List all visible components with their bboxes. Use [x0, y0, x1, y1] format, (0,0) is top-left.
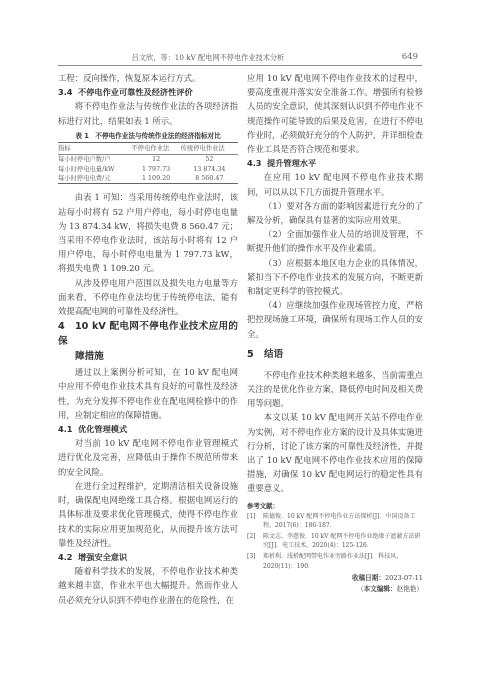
table-cell: 1 109.20 — [132, 174, 181, 184]
section-number: 4.2 — [58, 550, 78, 564]
references-heading: 参考文献： — [247, 500, 423, 512]
table-cell: 52 — [181, 155, 238, 165]
section-heading-5: 5结语 — [247, 347, 423, 362]
section-title: 优化管理模式 — [78, 424, 127, 434]
reference-item: [2] 陈文志，李慈俊．10 kV 配网不停电作业绝缘子遮蔽方法研究[J]．电工… — [247, 532, 423, 551]
list-item: （4）应继续加强作业现场管控力度，严格把控现场施工环境，确保所有现场工作人员的安… — [247, 298, 423, 341]
document-page: 吕文欣，等：10 kV 配电网不停电作业技术分析 649 工程：反向操作，恢复原… — [0, 0, 480, 673]
running-head-title: 吕文欣，等：10 kV 配电网不停电作业技术分析 — [58, 52, 358, 63]
reference-text: 陈文志，李慈俊．10 kV 配网不停电作业绝缘子遮蔽方法研究[J]．电工技术，2… — [263, 532, 423, 551]
section-heading-3-4: 3.4不停电作业可靠性及经济性评价 — [58, 85, 238, 99]
list-item: （3）应根据本地区电力企业的具体情况，紧扣当下不停电作业技术的发展方向，不断更新… — [247, 256, 423, 299]
table-header: 指标 — [58, 142, 132, 154]
economic-indicator-table: 指标 不停电作业法 传统停电作业法 每小时停电户数/户 12 52 每小时停电电… — [58, 142, 238, 185]
table-row: 每小时停电电费/元 1 109.20 8 560.47 — [58, 174, 238, 184]
reference-item: [3] 郑析利．浅析配网带电作业旁路作业法[J]．科技风，2020(11)：19… — [247, 552, 423, 571]
section-number: 4.3 — [247, 156, 267, 170]
table-row: 每小时停电电量/kW 1 797.73 13 874.34 — [58, 165, 238, 174]
table-cell: 8 560.47 — [181, 174, 238, 184]
reference-item: [1] 陈德俊．10 kV 配网不停电作业方法探析[J]．中国设备工程，2017… — [247, 512, 423, 531]
left-column: 工程：反向操作，恢复原本运行方式。 3.4不停电作业可靠性及经济性评价 将不停电… — [58, 71, 238, 607]
section-title-line1: 10 kV 配电网不停电作业技术应用的保 — [58, 321, 238, 347]
list-item: （1）要对各方面的影响因素进行充分的了解及分析，确保具有显著的实际应用效果。 — [247, 199, 423, 227]
paragraph: 通过以上案例分析可知，在 10 kV 配电网中应用不停电作业技术具有良好的可靠性… — [58, 365, 238, 422]
section-title: 结语 — [264, 349, 283, 360]
section-heading-4-1: 4.1优化管理模式 — [58, 422, 238, 436]
section-number: 3.4 — [58, 85, 78, 99]
page-number: 649 — [402, 52, 418, 63]
running-head: 吕文欣，等：10 kV 配电网不停电作业技术分析 649 — [58, 52, 422, 66]
reference-text: 陈德俊．10 kV 配网不停电作业方法探析[J]．中国设备工程，2017(6)：… — [263, 512, 423, 531]
received-date-label: 收稿日期： — [352, 574, 385, 582]
right-column: 应用 10 kV 配电网不停电作业技术的过程中，要高度重视并落实安全准备工作。增… — [247, 71, 423, 595]
table-header-row: 指标 不停电作业法 传统停电作业法 — [58, 142, 238, 154]
section-heading-4-3: 4.3提升管理水平 — [247, 156, 423, 170]
table-cell: 12 — [132, 155, 181, 165]
editor-credit: （本文编辑：赵艳艳） — [247, 584, 423, 595]
paragraph: 工程：反向操作，恢复原本运行方式。 — [58, 71, 238, 85]
section-number: 4.1 — [58, 422, 78, 436]
table-row: 每小时停电户数/户 12 52 — [58, 155, 238, 165]
paragraph: 应用 10 kV 配电网不停电作业技术的过程中，要高度重视并落实安全准备工作。增… — [247, 71, 423, 156]
editor-label: 本文编辑： — [364, 585, 397, 593]
received-date: 收稿日期：2023-07-11 — [247, 573, 423, 584]
paragraph: 对当前 10 kV 配电网不停电作业管理模式进行优化及完善，应降低由于操作不规范… — [58, 436, 238, 479]
paragraph: 在进行全过程维护，定期清洁相关设备设施时，确保配电网绝缘工具合格。根据电网运行的… — [58, 479, 238, 550]
reference-list: [1] 陈德俊．10 kV 配网不停电作业方法探析[J]．中国设备工程，2017… — [247, 512, 423, 572]
reference-index: [3] — [247, 552, 263, 571]
table-cell: 每小时停电电量/kW — [58, 165, 132, 174]
section-number: 5 — [247, 347, 264, 362]
section-number: 4 — [58, 319, 75, 334]
paragraph: 随着科学技术的发展，不停电作业技术种类越来越丰富，作业水平也大幅提升。然而作业人… — [58, 564, 238, 607]
section-heading-4-2: 4.2增强安全意识 — [58, 550, 238, 564]
section-title: 提升管理水平 — [267, 158, 316, 168]
section-title: 增强安全意识 — [78, 552, 127, 562]
editor-close-paren: ） — [416, 585, 423, 593]
paragraph: 从涉及停电用户范围以及损失电力电量等方面来看，不停电作业法均优于传统停电法，能有… — [58, 276, 238, 319]
table-cell: 13 874.34 — [181, 165, 238, 174]
paragraph: 将不停电作业法与传统作业法的各项经济指标进行对比，结果如表 1 所示。 — [58, 99, 238, 127]
editor-open-paren: （ — [357, 585, 364, 593]
list-item: （2）全面加强作业人员的培训及管理，不断提升他们的操作水平及作业素质。 — [247, 227, 423, 255]
table-cell: 每小时停电电费/元 — [58, 174, 132, 184]
table-header: 传统停电作业法 — [181, 142, 238, 154]
reference-index: [1] — [247, 512, 263, 531]
table-caption: 表 1 不停电作业法与传统作业法的经济指标对比 — [58, 130, 238, 142]
received-date-value: 2023-07-11 — [385, 574, 423, 582]
editor-name: 赵艳艳 — [397, 585, 417, 593]
table-header: 不停电作业法 — [132, 142, 181, 154]
table-cell: 每小时停电户数/户 — [58, 155, 132, 165]
paragraph: 由表 1 可知：当采用传统停电作业法时，该站每小时将有 52 户用户停电，每小时… — [58, 190, 238, 275]
section-heading-4: 410 kV 配电网不停电作业技术应用的保 障措施 — [58, 319, 238, 364]
section-title: 不停电作业可靠性及经济性评价 — [78, 87, 193, 97]
section-title-line2: 障措施 — [58, 349, 238, 364]
paragraph: 在应用 10 kV 配电网不停电作业技术期间，可以从以下几方面提升管理水平。 — [247, 170, 423, 198]
reference-text: 郑析利．浅析配网带电作业旁路作业法[J]．科技风，2020(11)：190． — [263, 552, 423, 571]
table-cell: 1 797.73 — [132, 165, 181, 174]
reference-index: [2] — [247, 532, 263, 551]
paragraph: 本文以某 10 kV 配电网开关站不停电作业为实例，对不停电作业方案的设计及具体… — [247, 410, 423, 495]
paragraph: 不停电作业技术种类越来越多，当前需重点关注的是优化作业方案，降低停电时间及相关费… — [247, 368, 423, 411]
